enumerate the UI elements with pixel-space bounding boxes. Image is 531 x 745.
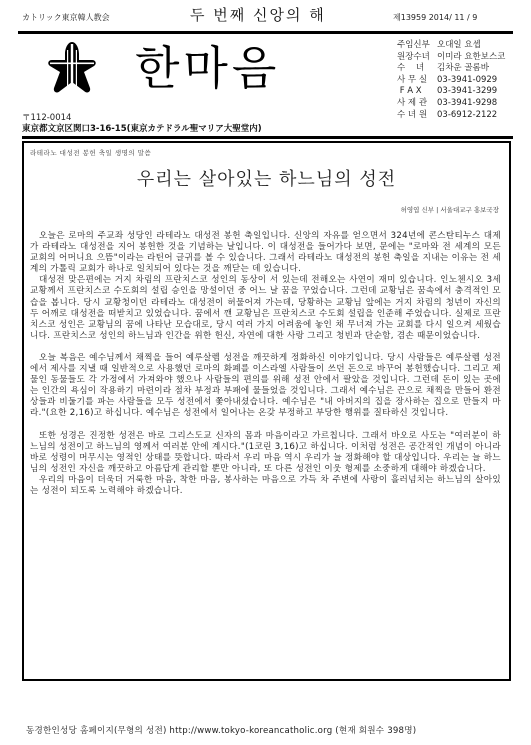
paragraph: 오늘 복음은 예수님께서 채찍을 들어 예루살렘 성전을 깨끗하게 정화하신 이… [30, 353, 501, 420]
issue-number-date: 제13959 2014/ 11 / 9 [393, 12, 477, 23]
church-name: カトリック東京韓人教会 [22, 12, 110, 23]
newsletter-title: 한마음 [135, 38, 280, 98]
article-byline: 허영엽 신부 | 서울대교구 홍보국장 [401, 205, 499, 214]
year-theme: 두 번째 신앙의 해 [190, 4, 326, 25]
church-logo-icon [46, 40, 98, 98]
paragraph: 또한 성경은 진정한 성전은 바로 그리스도교 신자의 몸과 마음이라고 가르칩… [30, 431, 501, 475]
article-kicker: 라테라노 대성전 봉헌 축일 생명의 말씀 [30, 148, 151, 157]
staff-row: 수 녀김차운 골롬바 [397, 63, 505, 75]
staff-row: F A X03-3941-3299 [397, 86, 505, 98]
paragraph-gap [30, 420, 501, 431]
staff-row: 사 무 실03-3941-0929 [397, 75, 505, 87]
staff-row: 사 제 관03-3941-9298 [397, 98, 505, 110]
paragraph: 대성전 맞은편에는 거지 차림의 프란치스코 성인의 동상이 서 있는데 전해오… [30, 275, 501, 342]
header-divider [22, 136, 513, 139]
footer-website-link[interactable]: 동경한인성당 홈페이지(무형의 성전) http://www.tokyo-kor… [26, 724, 416, 736]
paragraph-gap [30, 342, 501, 353]
staff-row: 원장수녀이미라 요한보스코 [397, 52, 505, 64]
article-box: 라테라노 대성전 봉헌 축일 생명의 말씀 우리는 살아있는 하느님의 성전 허… [22, 141, 511, 681]
top-divider [18, 31, 513, 34]
article-body: 오늘은 로마의 주교좌 성당인 라테라노 대성전 봉헌 축일입니다. 신앙의 자… [30, 231, 501, 497]
staff-directory: 주임신부오대일 요셉 원장수녀이미라 요한보스코 수 녀김차운 골롬바 사 무 … [397, 40, 505, 121]
article-title: 우리는 살아있는 하느님의 성전 [24, 165, 509, 191]
church-address: 東京都文京区関口3-16-15(東京カテドラル聖マリア大聖堂内) [22, 122, 262, 134]
staff-row: 주임신부오대일 요셉 [397, 40, 505, 52]
paragraph: 우리의 마음이 더욱더 거룩한 마음, 착한 마음, 봉사하는 마음으로 가득 … [30, 475, 501, 497]
staff-row: 수 녀 원03-6912-2122 [397, 110, 505, 122]
paragraph: 오늘은 로마의 주교좌 성당인 라테라노 대성전 봉헌 축일입니다. 신앙의 자… [30, 231, 501, 275]
